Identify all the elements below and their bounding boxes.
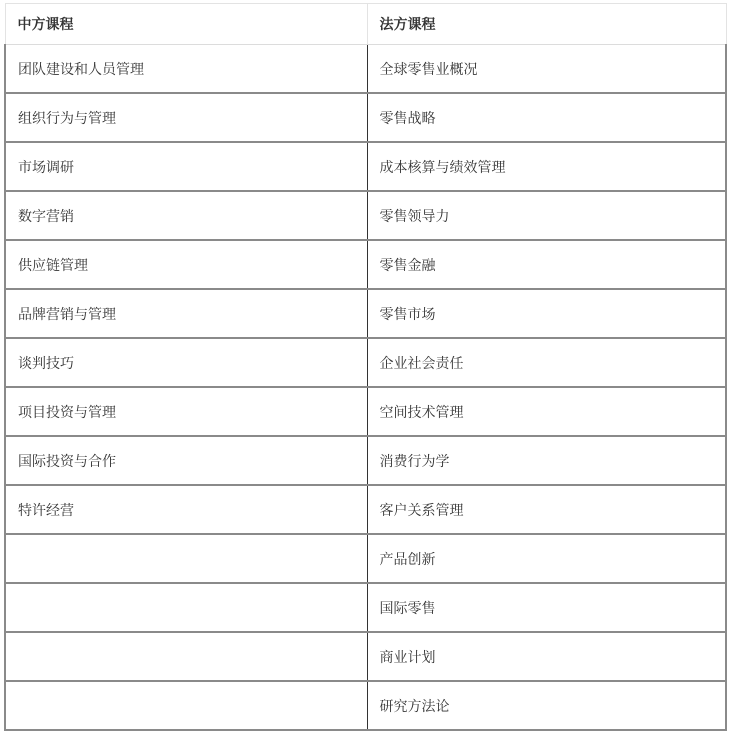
chinese-course-cell: 项目投资与管理: [5, 387, 367, 436]
course-table: 中方课程 法方课程 团队建设和人员管理 全球零售业概况 组织行为与管理 零售战略…: [4, 3, 727, 730]
table-row: 团队建设和人员管理 全球零售业概况: [5, 45, 726, 94]
chinese-course-cell: 品牌营销与管理: [5, 289, 367, 338]
chinese-course-cell: 团队建设和人员管理: [5, 45, 367, 94]
chinese-course-cell: 国际投资与合作: [5, 436, 367, 485]
chinese-course-cell: [5, 681, 367, 730]
table-row: 品牌营销与管理 零售市场: [5, 289, 726, 338]
table-row: 研究方法论: [5, 681, 726, 730]
course-table-container: 中方课程 法方课程 团队建设和人员管理 全球零售业概况 组织行为与管理 零售战略…: [4, 3, 725, 730]
chinese-course-cell: [5, 632, 367, 681]
table-body: 团队建设和人员管理 全球零售业概况 组织行为与管理 零售战略 市场调研 成本核算…: [5, 45, 726, 731]
french-course-cell: 零售金融: [367, 240, 726, 289]
french-course-cell: 消费行为学: [367, 436, 726, 485]
table-row: 特许经营 客户关系管理: [5, 485, 726, 534]
table-row: 供应链管理 零售金融: [5, 240, 726, 289]
table-row: 国际投资与合作 消费行为学: [5, 436, 726, 485]
chinese-course-cell: [5, 534, 367, 583]
french-course-cell: 成本核算与绩效管理: [367, 142, 726, 191]
chinese-course-cell: 市场调研: [5, 142, 367, 191]
french-course-cell: 国际零售: [367, 583, 726, 632]
french-course-cell: 零售战略: [367, 93, 726, 142]
table-row: 产品创新: [5, 534, 726, 583]
header-french-courses: 法方课程: [367, 4, 726, 45]
table-row: 市场调研 成本核算与绩效管理: [5, 142, 726, 191]
table-row: 国际零售: [5, 583, 726, 632]
chinese-course-cell: 特许经营: [5, 485, 367, 534]
french-course-cell: 零售领导力: [367, 191, 726, 240]
table-row: 商业计划: [5, 632, 726, 681]
chinese-course-cell: 谈判技巧: [5, 338, 367, 387]
table-row: 组织行为与管理 零售战略: [5, 93, 726, 142]
french-course-cell: 空间技术管理: [367, 387, 726, 436]
chinese-course-cell: [5, 583, 367, 632]
table-header: 中方课程 法方课程: [5, 4, 726, 45]
chinese-course-cell: 供应链管理: [5, 240, 367, 289]
french-course-cell: 全球零售业概况: [367, 45, 726, 94]
french-course-cell: 产品创新: [367, 534, 726, 583]
header-row: 中方课程 法方课程: [5, 4, 726, 45]
chinese-course-cell: 数字营销: [5, 191, 367, 240]
header-chinese-courses: 中方课程: [5, 4, 367, 45]
french-course-cell: 企业社会责任: [367, 338, 726, 387]
table-row: 数字营销 零售领导力: [5, 191, 726, 240]
table-row: 项目投资与管理 空间技术管理: [5, 387, 726, 436]
table-row: 谈判技巧 企业社会责任: [5, 338, 726, 387]
french-course-cell: 客户关系管理: [367, 485, 726, 534]
french-course-cell: 研究方法论: [367, 681, 726, 730]
french-course-cell: 零售市场: [367, 289, 726, 338]
chinese-course-cell: 组织行为与管理: [5, 93, 367, 142]
french-course-cell: 商业计划: [367, 632, 726, 681]
